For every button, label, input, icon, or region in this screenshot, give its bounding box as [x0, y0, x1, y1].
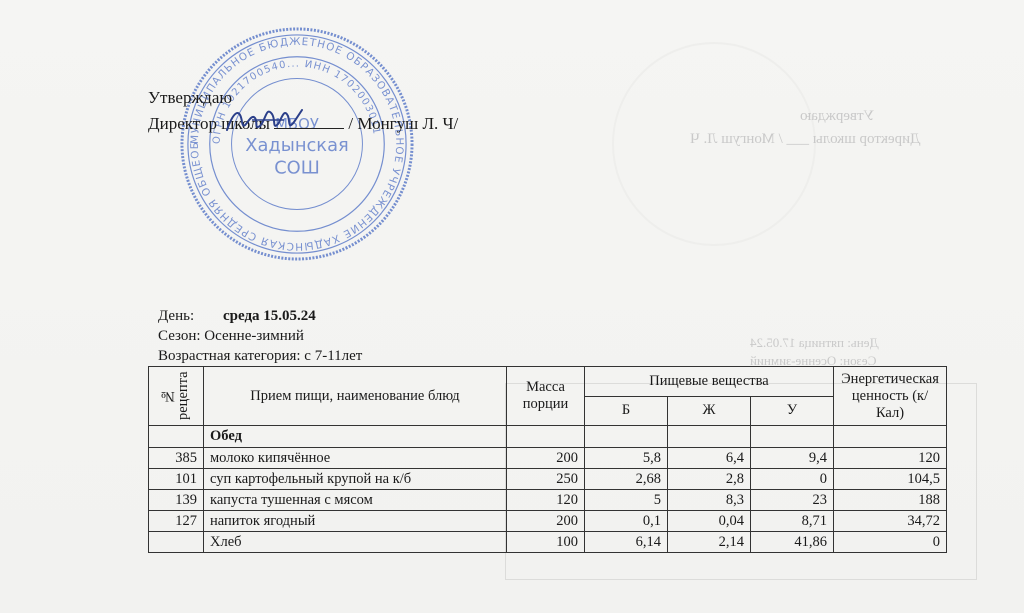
recipe-no-cell: 127 — [149, 511, 204, 532]
protein-cell: 0,1 — [585, 511, 668, 532]
header-nutrients: Пищевые вещества — [585, 367, 834, 397]
fat-cell: 8,3 — [668, 490, 751, 511]
portion-mass-cell: 100 — [507, 532, 585, 553]
school-stamp: МУНИЦИПАЛЬНОЕ БЮДЖЕТНОЕ ОБРАЗОВАТЕЛЬНОЕ … — [178, 25, 416, 263]
energy-cell: 34,72 — [834, 511, 947, 532]
energy-cell: 104,5 — [834, 469, 947, 490]
portion-mass-cell: 200 — [507, 448, 585, 469]
portion-mass-cell: 120 — [507, 490, 585, 511]
dish-name-cell: капуста тушенная с мясом — [204, 490, 507, 511]
season: Сезон: Осенне-зимний — [158, 326, 362, 346]
energy-cell: 120 — [834, 448, 947, 469]
fat-cell: 2,14 — [668, 532, 751, 553]
table-row: 139капуста тушенная с мясом12058,323188 — [149, 490, 947, 511]
day-label: День: — [158, 306, 223, 326]
fat-cell: 2,8 — [668, 469, 751, 490]
dish-name-cell: суп картофельный крупой на к/б — [204, 469, 507, 490]
recipe-no-cell — [149, 532, 204, 553]
menu-table: № рецепта Прием пищи, наименование блюд … — [148, 366, 947, 553]
recipe-no-cell: 139 — [149, 490, 204, 511]
header-protein: Б — [585, 396, 668, 426]
menu-meta: День:среда 15.05.24 Сезон: Осенне-зимний… — [158, 306, 362, 366]
carbs-cell: 9,4 — [751, 448, 834, 469]
dish-name-cell: Хлеб — [204, 532, 507, 553]
fat-cell: 6,4 — [668, 448, 751, 469]
section-title: Обед — [204, 426, 507, 448]
protein-cell: 2,68 — [585, 469, 668, 490]
age-category: Возрастная категория: с 7-11лет — [158, 346, 362, 366]
carbs-cell: 8,71 — [751, 511, 834, 532]
header-portion-mass: Масса порции — [507, 367, 585, 426]
header-carbs: У — [751, 396, 834, 426]
protein-cell: 5 — [585, 490, 668, 511]
energy-cell: 188 — [834, 490, 947, 511]
day-value: среда 15.05.24 — [223, 308, 316, 324]
ghost-approval-line: Директор школы ___ / Монгуш Л. Ч — [690, 128, 920, 150]
recipe-no-cell: 385 — [149, 448, 204, 469]
protein-cell: 6,14 — [585, 532, 668, 553]
dish-name-cell: напиток ягодный — [204, 511, 507, 532]
recipe-no-cell: 101 — [149, 469, 204, 490]
header-recipe-no: № рецепта — [149, 367, 204, 426]
energy-cell: 0 — [834, 532, 947, 553]
signature-icon — [222, 100, 312, 140]
carbs-cell: 41,86 — [751, 532, 834, 553]
header-energy: Энергетическая ценность (к/Кал) — [834, 367, 947, 426]
fat-cell: 0,04 — [668, 511, 751, 532]
stamp-center-3: СОШ — [274, 158, 320, 179]
table-row: 127напиток ягодный2000,10,048,7134,72 — [149, 511, 947, 532]
header-meal-name: Прием пищи, наименование блюд — [204, 367, 507, 426]
portion-mass-cell: 250 — [507, 469, 585, 490]
ghost-approval-title: Утверждаю — [800, 105, 874, 127]
portion-mass-cell: 200 — [507, 511, 585, 532]
dish-name-cell: молоко кипячённое — [204, 448, 507, 469]
table-row: 385молоко кипячённое2005,86,49,4120 — [149, 448, 947, 469]
carbs-cell: 0 — [751, 469, 834, 490]
director-name: / Монгуш Л. Ч/ — [348, 114, 458, 133]
table-row: 101суп картофельный крупой на к/б2502,68… — [149, 469, 947, 490]
section-row: Обед — [149, 426, 947, 448]
carbs-cell: 23 — [751, 490, 834, 511]
header-fat: Ж — [668, 396, 751, 426]
protein-cell: 5,8 — [585, 448, 668, 469]
table-row: Хлеб1006,142,1441,860 — [149, 532, 947, 553]
